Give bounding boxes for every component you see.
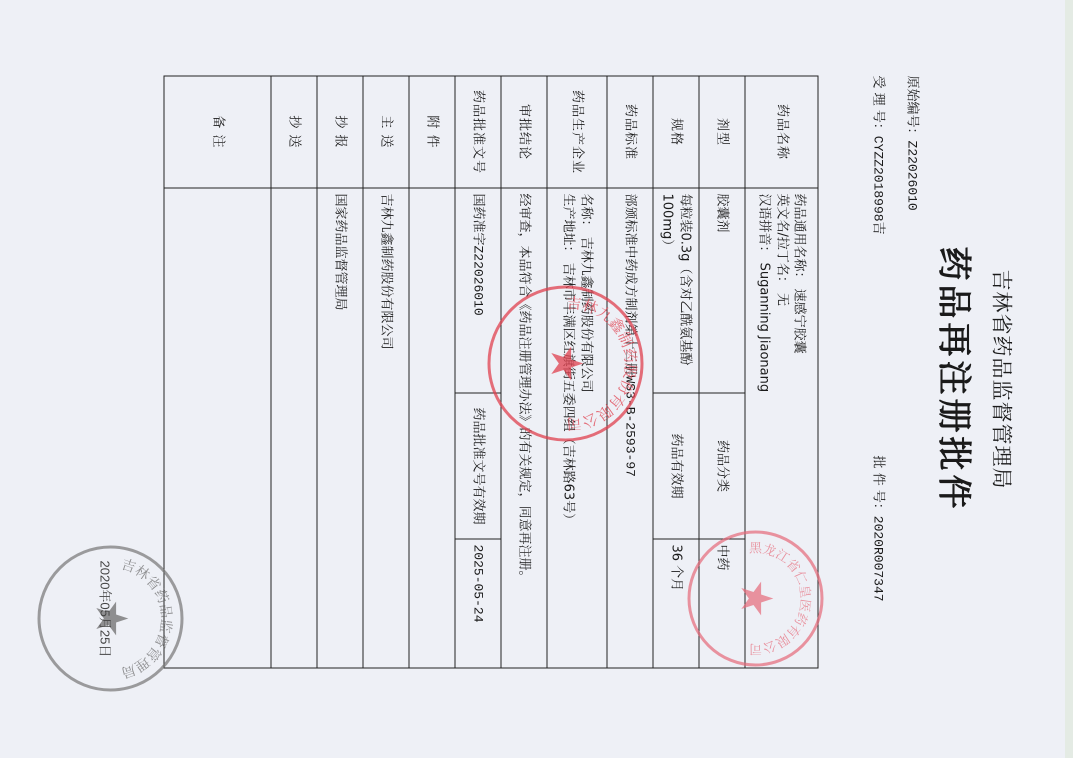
approval-number: 批 件 号：2020R007347 [870,455,889,601]
copy-to-label: 抄 送 [271,76,317,188]
original-number-label: 原始编号： [904,75,919,140]
row-main-recipient: 主 送 吉林九鑫制药股份有限公司 [363,76,409,668]
row-attachment: 附 件 [409,76,455,668]
approval-doc-label: 药品批准文号 [455,76,501,188]
remarks-label: 备 注 [164,76,271,188]
standard-label: 药品标准 [607,76,653,188]
drug-name-label: 药品名称 [745,76,818,188]
drug-category-label: 药品分类 [699,393,745,539]
manufacturer-label: 药品生产企业 [547,76,607,188]
approval-number-label: 批 件 号： [870,455,885,515]
acceptance-number-value: CYZZ2018998吉 [870,135,885,234]
svg-text:黑龙江省仁皇医药有限公司: 黑龙江省仁皇医药有限公司 [748,541,811,655]
document-title: 药品再注册批件 [932,0,981,758]
conclusion-label: 审批结论 [501,76,547,188]
original-number: 原始编号：Z22026010 [904,75,923,210]
main-recipient-label: 主 送 [363,76,409,188]
company-seal-text: 吉林九鑫制药股份有限公司 [565,294,639,433]
report-to-label: 抄 报 [317,76,363,188]
shelf-life-label: 药品有效期 [653,393,699,539]
copy-to-value [271,188,317,668]
buyer-seal-text: 黑龙江省仁皇医药有限公司 [748,541,811,655]
acceptance-number: 受 理 号：CYZZ2018998吉 [870,75,889,234]
dosage-form-value: 胶囊剂 [699,188,745,393]
document-page: 吉林省药品监督管理局 药品再注册批件 原始编号：Z22026010 受 理 号：… [0,0,1073,758]
approval-number-value: 2020R007347 [870,515,885,601]
company-seal-ring: 吉林九鑫制药股份有限公司 [490,288,640,438]
attachment-value [409,188,455,668]
issue-date: 2020年05月25日 [96,560,115,657]
dosage-form-label: 剂型 [699,76,745,188]
acceptance-number-label: 受 理 号： [870,75,885,135]
buyer-seal-ring: 黑龙江省仁皇医药有限公司 [690,533,820,663]
svg-text:吉林省药品监督管理局: 吉林省药品监督管理局 [119,555,175,680]
company-seal: 吉林九鑫制药股份有限公司 ★ [487,285,643,441]
buyer-seal: 黑龙江省仁皇医药有限公司 ★ [687,530,823,666]
attachment-label: 附 件 [409,76,455,188]
main-recipient-value: 吉林九鑫制药股份有限公司 [363,188,409,668]
approval-validity-value: 2025-05-24 [455,539,501,668]
svg-text:吉林九鑫制药股份有限公司: 吉林九鑫制药股份有限公司 [565,294,639,433]
report-to-value: 国家药品监督管理局 [317,188,363,668]
original-number-value: Z22026010 [904,140,919,210]
row-copy-to: 抄 送 [271,76,317,668]
specification-label: 规格 [653,76,699,188]
specification-value: 每粒装0.3g（含对乙酰氨基酚100mg） [653,188,699,393]
bureau-seal-text: 吉林省药品监督管理局 [119,555,175,680]
issuer-name: 吉林省药品监督管理局 [987,0,1017,758]
row-report-to: 抄 报 国家药品监督管理局 [317,76,363,668]
